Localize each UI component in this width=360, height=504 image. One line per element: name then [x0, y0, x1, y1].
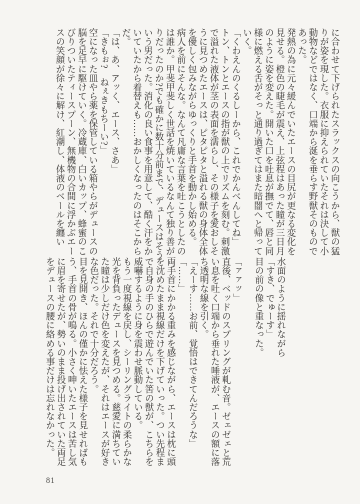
- paragraph: もう一度視線を戻し、シーリングライトの柔らかな光を背負ったデュースを見つめる。慈…: [88, 257, 132, 472]
- paragraph: 病人を前にそんな。なんて凡庸な言葉を吐こうとしたのは誰か。甲斐甲斐しく世話を焼い…: [120, 28, 186, 264]
- blank-line: [242, 257, 253, 472]
- dialogue-line: 「は、あ、アッく、エース、さあ」: [109, 28, 120, 264]
- paragraph: 発熱の為に元々緩んでいたエースの目尻が更なる変化を見せる。橙色の睫毛が震え、上弦…: [241, 28, 296, 264]
- upper-text-block: に合わせて下げられたスラックスの向こうから、獣の猛りが姿を現した。衣服に抑えられ…: [40, 28, 340, 264]
- dialogue-line: 「ァァッ」: [231, 257, 242, 472]
- paragraph: 目を見開き、ほんの僅かに怯えた様子を見せればもう、手首の骨が鳴る。小さく呻いたエ…: [44, 257, 88, 472]
- paragraph: トン、トンとエースの指が獣の上でリズムを刻む。刺激で溢れた液体が茎の表面を濡らし…: [186, 28, 230, 264]
- dialogue-line: 「……」: [176, 257, 187, 472]
- paragraph: に合わせて下げられたスラックスの向こうから、獣の猛りが姿を現した。衣服に抑えられ…: [296, 28, 340, 264]
- paragraph-continuation: 水面のように揺れながら: [275, 257, 286, 472]
- paragraph: 空になった皿やら薬を保管している箱やらがデュースの脳を足早に駆けていく。冷蔵庫、…: [54, 28, 98, 264]
- lower-text-block: 水面のように揺れながら 「すき、でゅーす」 目の前の像と重なった。 「ァァッ」 …: [44, 257, 286, 472]
- dialogue-line: 「きもぉ? ねぇきもちーい?」: [98, 28, 109, 264]
- dialogue-line: 「くわえんのくるしーから、これでかんべんしてね」: [230, 28, 241, 264]
- book-page: に合わせて下げられたスラックスの向こうから、獣の猛りが姿を現した。衣服に抑えられ…: [0, 0, 360, 504]
- dialogue-line: 「えーす……お前、覚悟はできてんだろうな」: [187, 257, 198, 472]
- page-number: 81: [46, 476, 55, 485]
- dialogue-line: 「すき、でゅーす」: [264, 257, 275, 472]
- paragraph: 目の前の像と重なった。: [253, 257, 264, 472]
- paragraph: 直後、ベッドのスプリングが軋む音。ゼェゼェと荒い息を吐く口端から垂れた唾液が、エ…: [198, 257, 231, 472]
- paragraph: 両手首にかかる重みを感じながら、エースは枕に頭を沈めたまま視線だけを下げていった…: [132, 257, 176, 472]
